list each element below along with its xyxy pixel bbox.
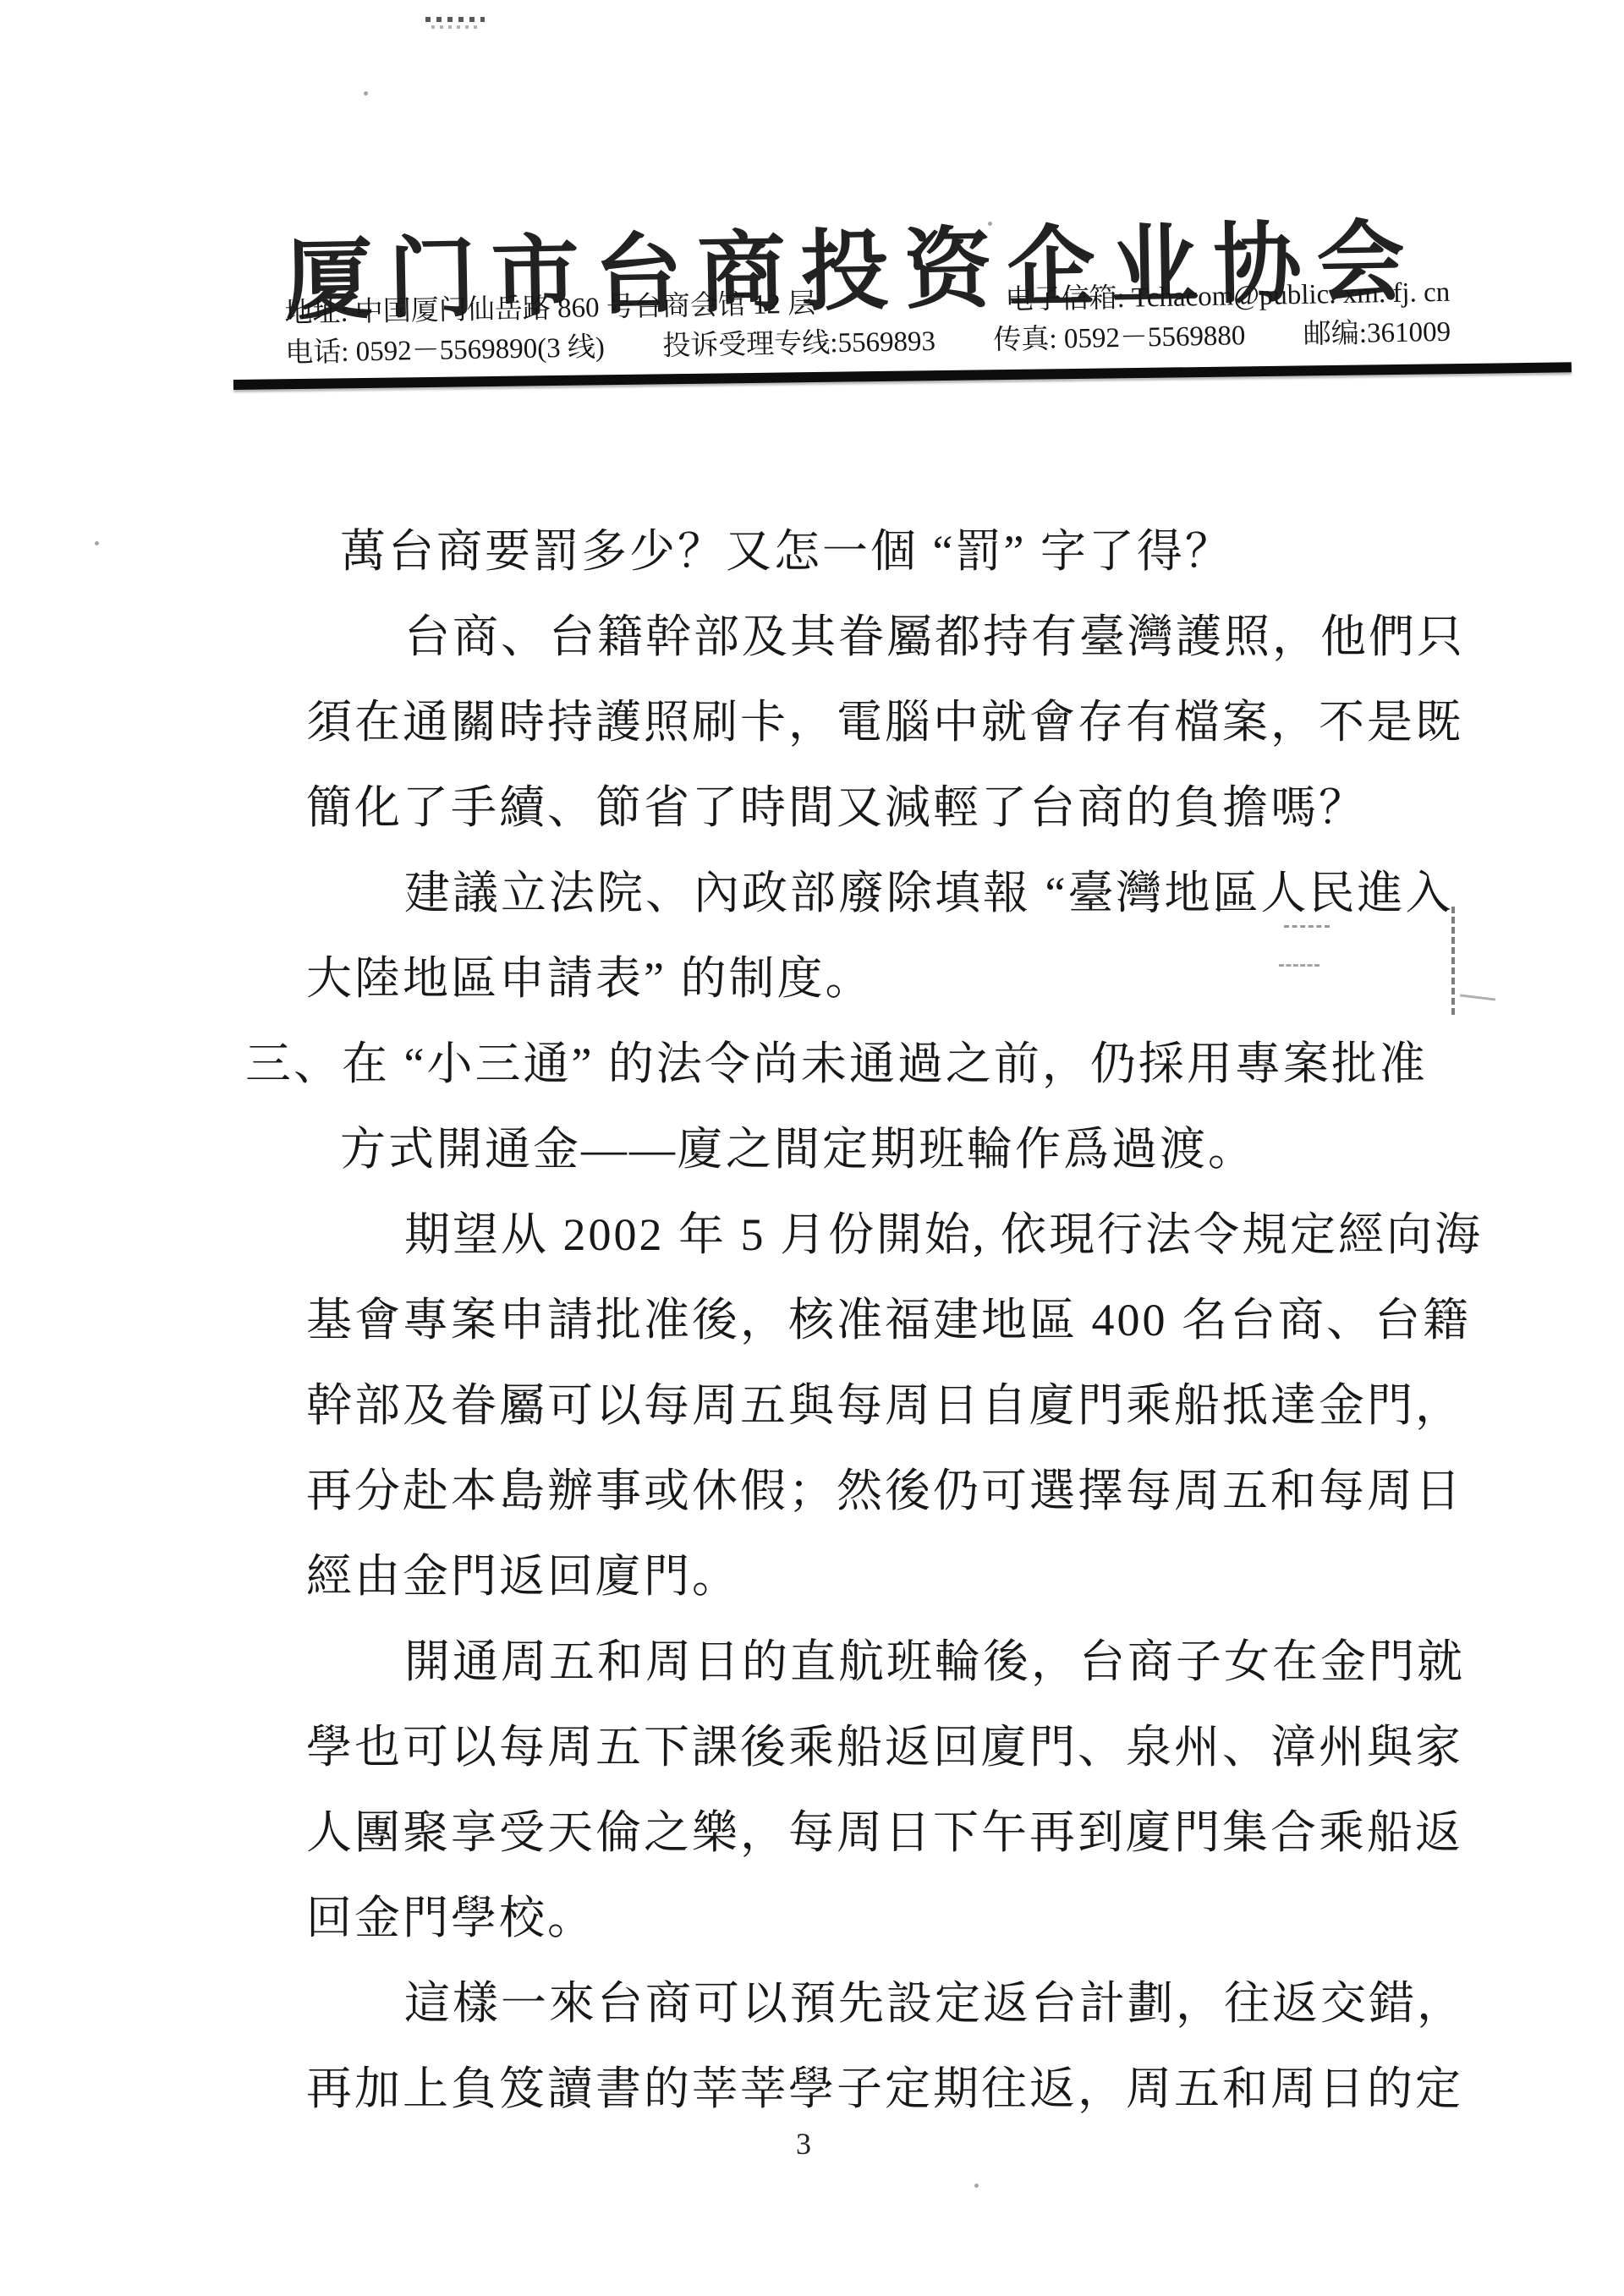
body-text-line: 學也可以每周五下課後乘船返回廈門、泉州、漳州與家 <box>245 1705 1552 1790</box>
document-body: 萬台商要罰多少？又怎一個 “罰” 字了得？台商、台籍幹部及其眷屬都持有臺灣護照，… <box>245 509 1552 2132</box>
body-text-line: 萬台商要罰多少？又怎一個 “罰” 字了得？ <box>245 509 1552 595</box>
scan-artifact <box>431 25 478 29</box>
page-number: 3 <box>796 2126 811 2162</box>
phone-text: 电话: 0592－5569890(3 线) <box>285 328 605 374</box>
scan-artifact <box>425 17 485 22</box>
scan-artifact <box>364 91 368 96</box>
scan-artifact <box>95 541 99 545</box>
body-text-line: 期望从 2002 年 5 月份開始, 依現行法令規定經向海 <box>245 1192 1552 1278</box>
scanned-letter-page: 厦门市台商投资企业协会 地址: 中国厦门仙岳路 860 号台商会馆 12 层 电… <box>0 0 1624 2296</box>
body-text-line: 再分赴本島辦事或休假；然後仍可選擇每周五和每周日 <box>245 1449 1552 1534</box>
body-text-line: 再加上負笈讀書的莘莘學子定期往返，周五和周日的定 <box>245 2047 1552 2132</box>
body-text-line: 回金門學校。 <box>245 1876 1552 1961</box>
body-text-line: 三、在 “小三通” 的法令尚未通過之前，仍採用專案批准 <box>245 1022 1552 1107</box>
complaint-hotline-text: 投诉受理专线:5569893 <box>662 322 935 367</box>
body-text-line: 大陸地區申請表” 的制度。 <box>245 936 1552 1022</box>
postal-code-text: 邮编:361009 <box>1303 313 1451 355</box>
body-text-line: 基會專案申請批准後，核准福建地區 400 名台商、台籍 <box>245 1278 1552 1363</box>
body-text-line: 須在通關時持護照刷卡，電腦中就會存有檔案，不是既 <box>245 680 1552 765</box>
body-text-line: 人團聚享受天倫之樂，每周日下午再到廈門集合乘船返 <box>245 1790 1552 1876</box>
fax-text: 传真: 0592－5569880 <box>993 316 1246 360</box>
body-text-line: 這樣一來台商可以預先設定返台計劃，往返交錯， <box>245 1961 1552 2047</box>
body-text-line: 開通周五和周日的直航班輪後，台商子女在金門就 <box>245 1619 1552 1705</box>
body-text-line: 經由金門返回廈門。 <box>245 1534 1552 1619</box>
scan-artifact <box>974 2184 979 2188</box>
body-text-line: 幹部及眷屬可以每周五與每周日自廈門乘船抵達金門， <box>245 1363 1552 1449</box>
body-text-line: 簡化了手續、節省了時間又減輕了台商的負擔嗎？ <box>245 765 1552 851</box>
body-text-line: 方式開通金——廈之間定期班輪作爲過渡。 <box>245 1107 1552 1192</box>
body-text-line: 建議立法院、內政部廢除填報 “臺灣地區人民進入 <box>245 851 1552 936</box>
body-text-line: 台商、台籍幹部及其眷屬都持有臺灣護照，他們只 <box>245 595 1552 680</box>
